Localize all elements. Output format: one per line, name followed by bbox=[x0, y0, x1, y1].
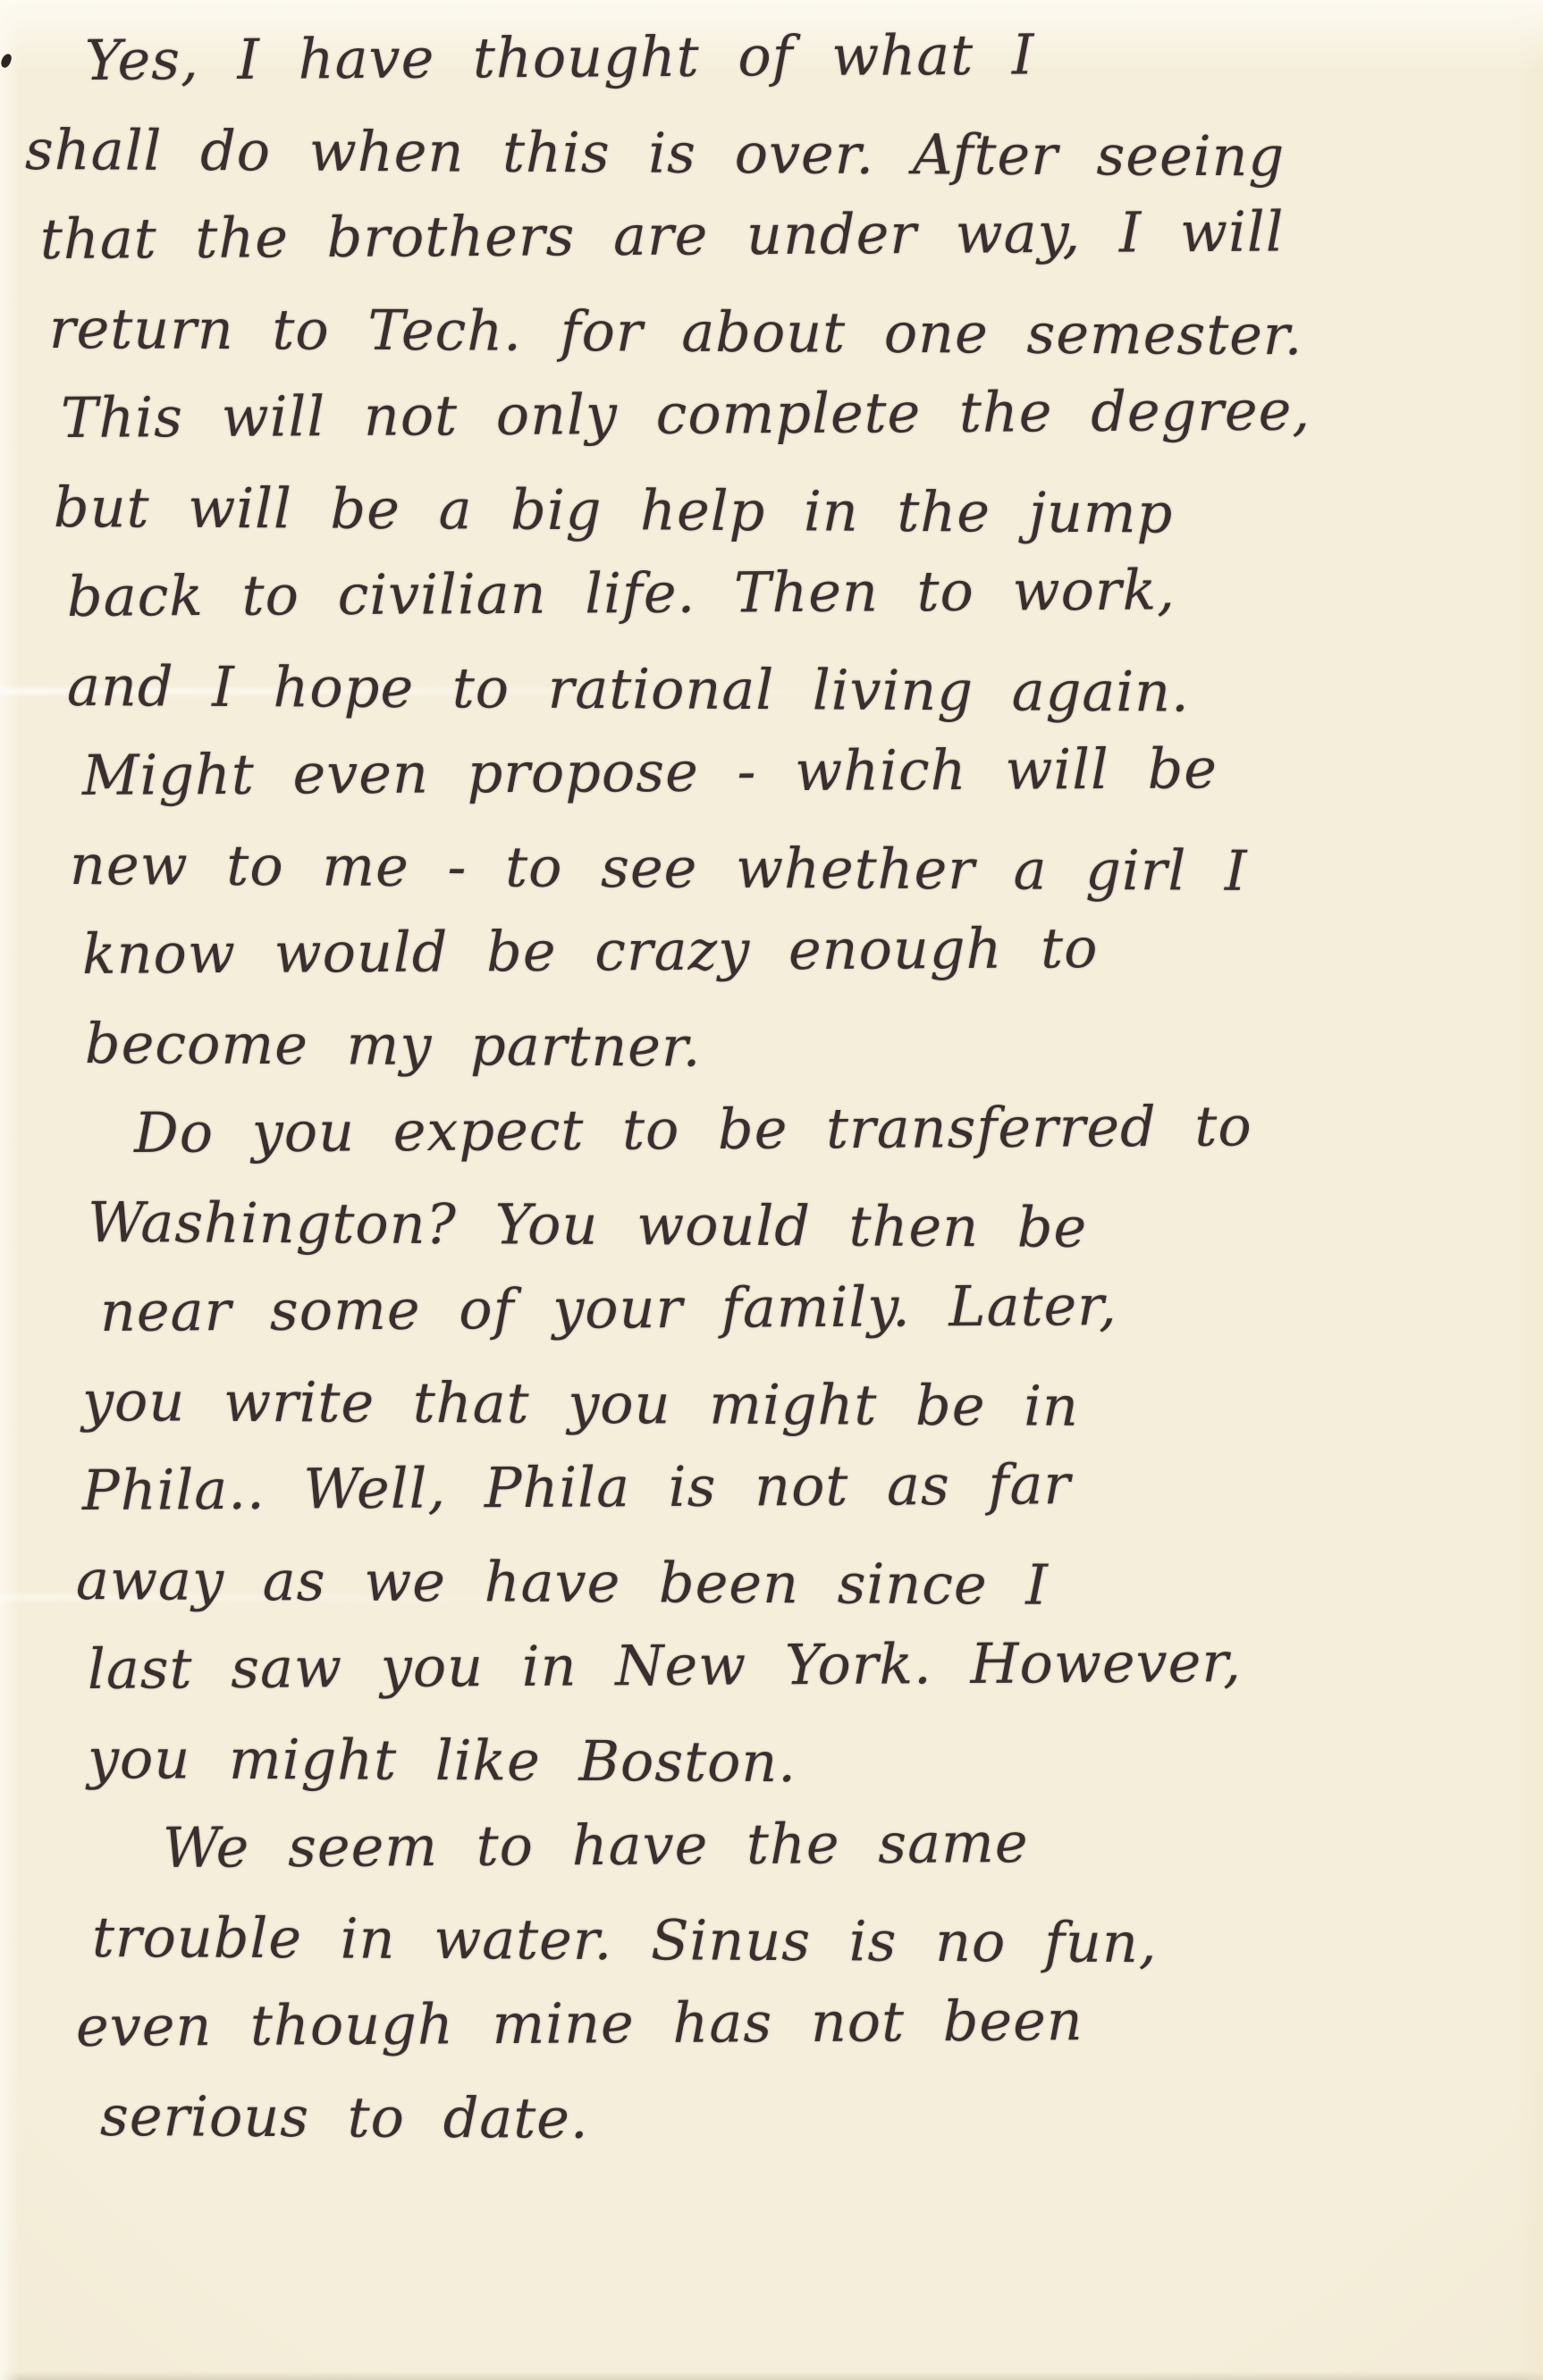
handwriting-line: Might even propose - which will be bbox=[82, 722, 1543, 820]
handwriting-line: We seem to have the same bbox=[163, 1796, 1543, 1893]
handwriting-line: know would be crazy enough to bbox=[82, 901, 1543, 999]
handwriting-line: serious to date. bbox=[100, 2072, 1543, 2168]
handwriting-line: Do you expect to be transferred to bbox=[134, 1080, 1543, 1178]
handwriting-line: even though mine has not been bbox=[76, 1973, 1543, 2072]
handwriting-line: near some of your family. Later, bbox=[100, 1258, 1543, 1357]
handwriting-line: This will not only complete the degree, bbox=[61, 365, 1543, 463]
handwriting-line: last saw you in New York. However, bbox=[88, 1616, 1543, 1714]
letter-body: Yes, I have thought of what I shall do w… bbox=[0, 16, 1543, 2161]
handwriting-line: back to civilian life. Then to work, bbox=[67, 543, 1543, 642]
letter-page: Yes, I have thought of what I shall do w… bbox=[0, 0, 1543, 2380]
handwriting-line: Yes, I have thought of what I bbox=[85, 7, 1543, 105]
handwriting-line: that the brothers are under way, I will bbox=[40, 186, 1543, 284]
handwriting-line: Phila.. Well, Phila is not as far bbox=[82, 1437, 1543, 1535]
